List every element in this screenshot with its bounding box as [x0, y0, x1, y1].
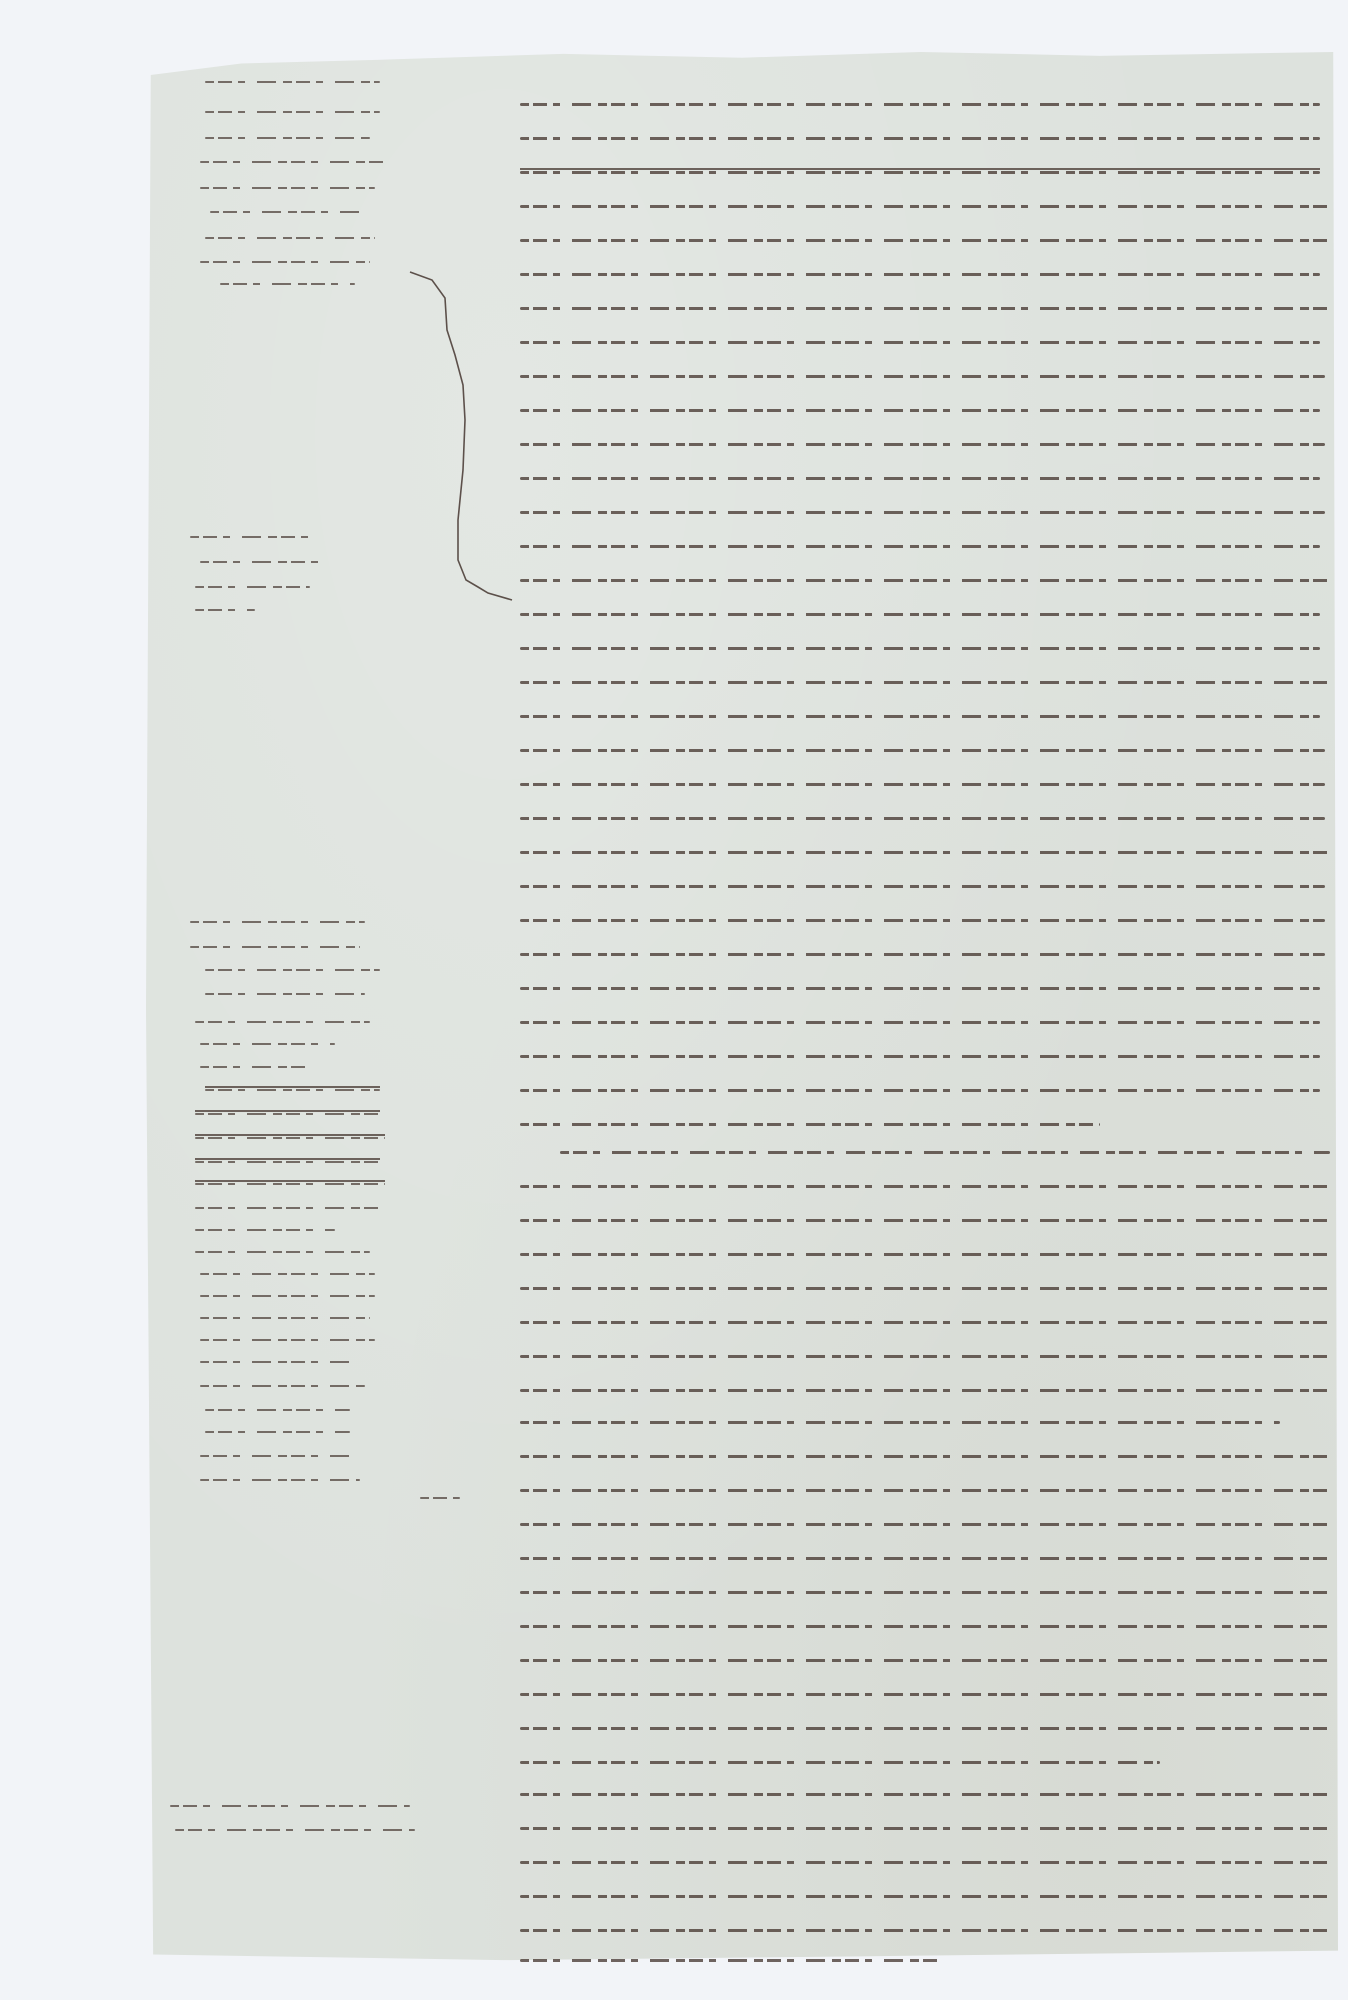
handwriting-ink	[520, 239, 1330, 242]
margin-note-line: [illegible handwriting]	[205, 982, 365, 1002]
handwriting-ink	[205, 81, 380, 83]
handwriting-ink	[520, 205, 1330, 208]
main-text-line: [illegible handwriting]	[520, 1378, 1330, 1398]
handwriting-ink	[520, 1557, 1330, 1560]
handwriting-ink	[520, 137, 1320, 140]
main-text-line: [illegible handwriting]	[520, 1444, 1330, 1464]
main-text-line: [illegible handwriting]	[520, 738, 1325, 758]
margin-note-line: [illegible handwriting]	[220, 272, 355, 292]
handwriting-ink	[520, 341, 1320, 344]
handwriting-ink	[520, 1959, 940, 1962]
handwriting-ink	[205, 137, 370, 139]
main-text-line: [illegible handwriting]	[520, 704, 1320, 724]
handwriting-ink	[520, 885, 1325, 888]
handwriting-ink	[520, 1219, 1330, 1222]
handwriting-ink	[520, 1861, 1330, 1864]
handwriting-ink	[195, 1137, 385, 1139]
handwriting-ink	[520, 409, 1320, 412]
handwriting-ink	[520, 1287, 1330, 1290]
main-text-line: [illegible handwriting]	[520, 92, 1320, 112]
main-text-line: [illegible handwriting]	[520, 296, 1330, 316]
margin-note-line: [illegible handwriting]	[210, 200, 360, 220]
handwriting-ink	[520, 613, 1320, 616]
main-text-line: [illegible handwriting]	[520, 194, 1330, 214]
handwriting-ink	[200, 561, 325, 563]
margin-note-line: [illegible handwriting]	[200, 1284, 375, 1304]
handwriting-ink	[520, 1827, 1330, 1830]
handwriting-ink	[520, 1389, 1330, 1392]
main-text-line: [illegible handwriting]	[520, 500, 1325, 520]
handwriting-ink	[195, 1021, 370, 1023]
main-text-line: [illegible handwriting]	[520, 568, 1330, 588]
handwriting-ink	[520, 1321, 1330, 1324]
handwriting-ink	[520, 273, 1320, 276]
main-text-line: [illegible handwriting]	[520, 1750, 1160, 1770]
margin-note-line: [illegible handwriting]	[205, 70, 380, 90]
handwriting-ink	[520, 307, 1330, 310]
handwriting-ink	[520, 1055, 1320, 1058]
margin-note-line: [illegible handwriting]	[170, 1794, 410, 1814]
handwriting-ink	[520, 1761, 1160, 1764]
handwriting-ink	[520, 715, 1320, 718]
main-text-line: [illegible handwriting]	[520, 1716, 1330, 1736]
handwriting-ink	[520, 1123, 1100, 1126]
main-text-line: [illegible handwriting]	[520, 976, 1320, 996]
handwriting-ink	[200, 1339, 375, 1341]
handwriting-ink	[200, 1043, 335, 1045]
handwriting-ink	[520, 817, 1325, 820]
margin-note-line: [illegible handwriting]	[175, 1818, 415, 1838]
margin-note-line: [illegible handwriting]	[420, 1486, 460, 1506]
margin-note-line: [illegible handwriting]	[205, 226, 375, 246]
handwriting-ink	[520, 749, 1325, 752]
main-text-line: [illegible handwriting]	[520, 1782, 1330, 1802]
main-text-line: [illegible handwriting]	[520, 1242, 1330, 1262]
margin-note-line: [illegible handwriting]	[190, 910, 365, 930]
handwriting-ink	[200, 1361, 355, 1363]
handwriting-ink	[190, 536, 320, 538]
handwriting-ink	[220, 283, 355, 285]
main-text-line: [illegible handwriting]	[520, 398, 1320, 418]
handwriting-ink	[520, 443, 1325, 446]
handwriting-ink	[520, 1793, 1330, 1796]
handwriting-ink	[200, 1455, 355, 1457]
handwriting-ink	[190, 946, 360, 948]
main-text-line: [illegible handwriting]	[520, 1010, 1320, 1030]
margin-note-line: [illegible handwriting]	[200, 1262, 375, 1282]
handwriting-ink	[520, 1727, 1330, 1730]
main-text-line: [illegible handwriting]	[520, 466, 1320, 486]
handwriting-ink	[520, 1253, 1330, 1256]
handwriting-ink	[205, 237, 375, 239]
handwriting-ink	[200, 1066, 310, 1068]
margin-note-line: [illegible handwriting]	[200, 550, 325, 570]
handwriting-ink	[520, 1421, 1280, 1424]
handwriting-ink	[205, 993, 365, 995]
main-text-line: [illegible handwriting]	[520, 1580, 1330, 1600]
main-text-line: [illegible handwriting]	[520, 1344, 1330, 1364]
handwriting-ink	[520, 171, 1320, 174]
handwriting-ink	[520, 1693, 1330, 1696]
main-text-line: [illegible handwriting]	[520, 806, 1325, 826]
main-text-line: [illegible handwriting]	[520, 840, 1330, 860]
main-text-line: [illegible handwriting]	[520, 534, 1320, 554]
margin-note-line: [illegible handwriting, struck through]	[195, 1126, 385, 1146]
handwriting-ink	[520, 1929, 1330, 1932]
margin-note-line: [illegible handwriting]	[200, 1306, 370, 1326]
margin-note-line: [illegible handwriting]	[195, 598, 255, 618]
margin-note-line: [illegible handwriting]	[200, 1374, 365, 1394]
margin-note-line: [illegible handwriting]	[195, 1010, 370, 1030]
handwriting-ink	[205, 111, 380, 113]
handwriting-ink	[205, 969, 380, 971]
main-text-line: [illegible handwriting]	[520, 228, 1330, 248]
handwriting-ink	[520, 953, 1325, 956]
main-text-line: [illegible handwriting]	[520, 1816, 1330, 1836]
handwriting-ink	[190, 921, 365, 923]
main-text-line: [illegible handwriting]	[520, 126, 1320, 146]
main-text-line: [illegible handwriting]	[520, 1208, 1330, 1228]
margin-note-line: [illegible handwriting]	[205, 126, 370, 146]
margin-note-line: [illegible handwriting]	[200, 150, 385, 170]
handwriting-ink	[200, 187, 375, 189]
main-text-line: [illegible handwriting]	[520, 670, 1330, 690]
main-text-line: [illegible handwriting]	[520, 1410, 1280, 1430]
main-text-line: [illegible handwriting]	[520, 1276, 1330, 1296]
handwriting-ink	[520, 647, 1320, 650]
handwriting-ink	[205, 1431, 350, 1433]
main-text-line: [illegible handwriting]	[520, 602, 1320, 622]
handwriting-ink	[520, 511, 1325, 514]
main-text-line: [illegible handwriting]	[520, 1884, 1330, 1904]
handwriting-ink	[195, 1207, 380, 1209]
handwriting-ink	[520, 1591, 1330, 1594]
handwriting-ink	[205, 1089, 380, 1091]
handwriting-ink	[420, 1497, 460, 1499]
main-text-line: [illegible handwriting]	[520, 772, 1325, 792]
margin-note-line: [illegible handwriting]	[200, 1055, 310, 1075]
main-text-line: [illegible handwriting]	[520, 1078, 1320, 1098]
handwriting-ink	[520, 1895, 1330, 1898]
main-text-line: [illegible handwriting]	[520, 636, 1320, 656]
handwriting-ink	[520, 1355, 1330, 1358]
margin-note-line: [illegible handwriting]	[200, 176, 375, 196]
handwriting-ink	[200, 161, 385, 163]
main-text-line: [illegible handwriting]	[520, 1850, 1330, 1870]
handwriting-ink	[210, 211, 360, 213]
handwriting-ink	[175, 1829, 415, 1831]
handwriting-ink	[195, 1113, 380, 1115]
margin-note-line: [illegible handwriting, struck through]	[205, 1078, 380, 1098]
handwriting-ink	[520, 919, 1325, 922]
margin-note-line: [illegible handwriting]	[195, 1196, 380, 1216]
main-text-line: [illegible handwriting]	[520, 1918, 1330, 1938]
main-text-line: [illegible handwriting]	[520, 1112, 1100, 1132]
margin-note-line: [illegible handwriting]	[200, 1444, 355, 1464]
handwriting-ink	[200, 1295, 375, 1297]
margin-note-line: [illegible handwriting]	[205, 958, 380, 978]
handwriting-ink	[520, 1523, 1330, 1526]
main-text-line: [illegible handwriting]	[520, 874, 1325, 894]
margin-note-line: [illegible handwriting]	[205, 1420, 350, 1440]
margin-note-line: [illegible handwriting, struck through]	[195, 1102, 380, 1122]
handwriting-ink	[520, 375, 1325, 378]
margin-note-line: [illegible handwriting]	[190, 935, 360, 955]
handwriting-ink	[520, 1089, 1320, 1092]
margin-note-line: [illegible handwriting]	[200, 250, 370, 270]
main-text-line: [illegible handwriting]	[520, 262, 1320, 282]
margin-note-line: [illegible handwriting]	[190, 525, 320, 545]
main-text-line: [illegible handwriting]	[520, 330, 1320, 350]
handwriting-ink	[520, 103, 1320, 106]
handwriting-ink	[195, 1183, 385, 1185]
handwriting-ink	[195, 586, 310, 588]
main-text-line: [illegible handwriting]	[520, 1174, 1330, 1194]
handwriting-ink	[200, 1479, 360, 1481]
handwriting-ink	[520, 987, 1320, 990]
margin-note-line: [illegible handwriting]	[195, 1218, 335, 1238]
handwriting-ink	[520, 851, 1330, 854]
margin-note-line: [illegible handwriting, struck through]	[195, 1172, 385, 1192]
main-text-line: [illegible handwriting]	[520, 364, 1325, 384]
main-text-line: [illegible handwriting]	[520, 1682, 1330, 1702]
main-text-line: [illegible handwriting]	[520, 1614, 1330, 1634]
handwriting-ink	[520, 477, 1320, 480]
handwriting-ink	[520, 1659, 1330, 1662]
margin-note-line: [illegible handwriting]	[200, 1350, 355, 1370]
handwriting-ink	[195, 609, 255, 611]
main-text-line: [illegible handwriting]	[520, 1648, 1330, 1668]
main-text-line: [illegible handwriting]	[520, 1546, 1330, 1566]
margin-note-line: [illegible handwriting]	[200, 1468, 360, 1488]
handwriting-ink	[170, 1805, 410, 1807]
margin-note-line: [illegible handwriting]	[200, 1328, 375, 1348]
main-text-line: [illegible handwriting]	[520, 1512, 1330, 1532]
main-text-line: [illegible handwriting]	[520, 1478, 1330, 1498]
margin-note-line: [illegible handwriting]	[205, 100, 380, 120]
handwriting-ink	[520, 1021, 1320, 1024]
handwriting-ink	[200, 261, 370, 263]
handwriting-ink	[520, 1455, 1330, 1458]
handwriting-ink	[200, 1385, 365, 1387]
margin-note-line: [illegible handwriting]	[195, 575, 310, 595]
main-text-line: [illegible handwriting]	[520, 1948, 940, 1968]
main-text-line: [illegible handwriting]	[560, 1140, 1330, 1160]
margin-note-line: [illegible handwriting]	[200, 1032, 335, 1052]
main-text-line: [illegible handwriting, partly struck th…	[520, 160, 1320, 180]
handwriting-ink	[560, 1151, 1330, 1154]
handwriting-ink	[195, 1161, 380, 1163]
main-text-line: [illegible handwriting]	[520, 432, 1325, 452]
main-text-line: [illegible handwriting]	[520, 908, 1325, 928]
handwriting-ink	[520, 579, 1330, 582]
main-text-line: [illegible handwriting]	[520, 1310, 1330, 1330]
handwriting-ink	[520, 545, 1320, 548]
handwriting-ink	[200, 1317, 370, 1319]
handwriting-ink	[520, 681, 1330, 684]
margin-note-line: [illegible handwriting, struck through]	[195, 1150, 380, 1170]
handwriting-ink	[520, 1185, 1330, 1188]
handwriting-ink	[520, 1489, 1330, 1492]
handwriting-ink	[520, 1625, 1330, 1628]
handwriting-ink	[195, 1251, 370, 1253]
handwriting-ink	[200, 1273, 375, 1275]
main-text-line: [illegible handwriting]	[520, 942, 1325, 962]
margin-note-line: [illegible handwriting]	[195, 1240, 370, 1260]
handwriting-ink	[195, 1229, 335, 1231]
main-text-line: [illegible handwriting]	[520, 1044, 1320, 1064]
margin-note-line: [illegible handwriting]	[205, 1398, 350, 1418]
handwriting-ink	[520, 783, 1325, 786]
handwriting-ink	[205, 1409, 350, 1411]
